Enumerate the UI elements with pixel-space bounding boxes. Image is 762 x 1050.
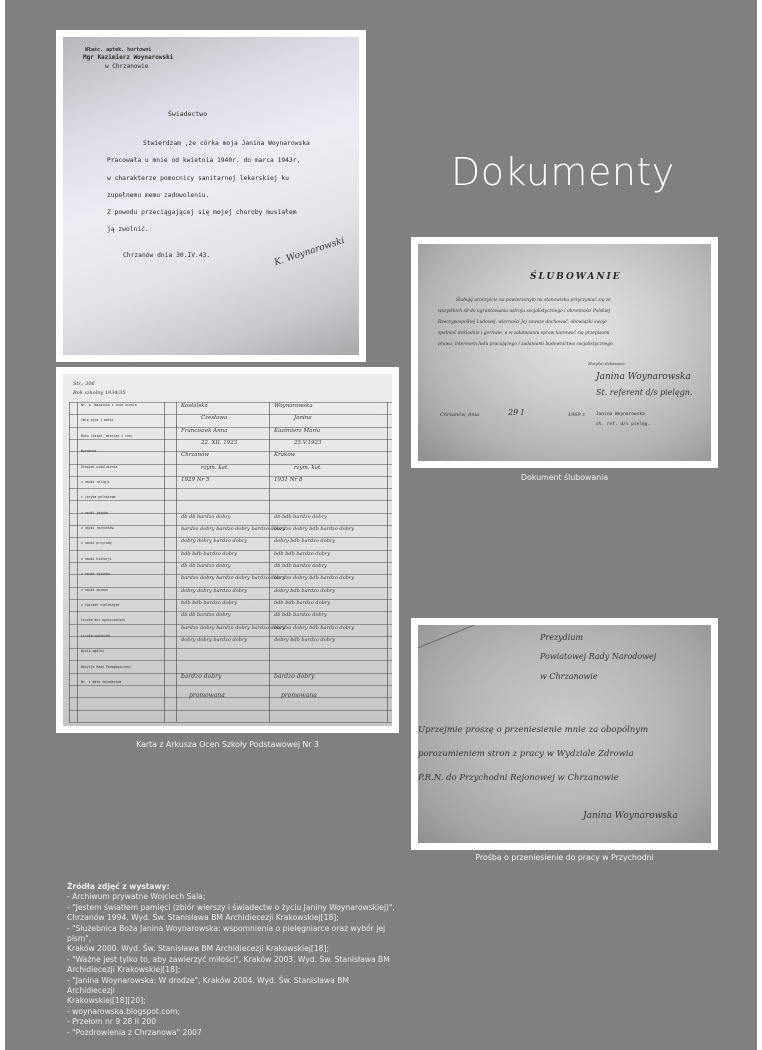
grid-line [69,710,392,711]
row-label: z nauki śpiewu [81,588,108,592]
student-b-entry: 25.V.1923 [294,440,322,446]
karta-photo-frame: Str.: 306 Rok szkolny 1934/35 Nr. p. Naz… [56,367,399,733]
student-b-entry: Kazimierz Maria [274,428,320,434]
student-a-entry: Czesława [201,415,227,421]
grid-line [69,660,392,661]
grade-entry: bardzo dobry bardzo dobry bardzo dobry [181,526,285,532]
grade-entry: bardzo dobry bdb bardzo dobry [274,575,354,581]
prosba-photo-frame: Prezydium Powiatowej Rady Narodowej w Ch… [411,618,718,850]
sources-heading: Źródła zdjęć z wystawy: [67,882,397,892]
row-label: z nauki przyrody [81,541,112,545]
addressee-line: w Chrzanowie [540,672,598,681]
grid-line [387,402,388,722]
stamp-line-1: Właśc. aptek. hurtowni [85,47,151,53]
grade-entry: db db bardzo dobry [181,563,231,569]
typed-role: st. ref. d/s pielęg. [596,422,650,427]
exhibition-panel: Właśc. aptek. hurtowni Mgr Kazimierz Woy… [5,0,757,1050]
row-label: z nauki rysunku [81,572,110,576]
grade-entry: db db bardzo dobry [181,612,231,618]
body-line: porozumieniem stron z pracy w Wydziale Z… [418,749,634,759]
body-line: P.R.N. do Przychodni Rejonowej w Chrzano… [418,773,619,783]
page-number: Str.: 306 [73,381,95,387]
grade-entry: bardzo dobry bdb bardzo dobry [274,625,354,631]
row-label: z nauki religji [81,480,110,484]
doc-line: wszystkich sił do ugruntowania ustroju s… [438,309,610,314]
role-handwritten: St. referent d/s pielęgn. [596,388,693,397]
signature: Janina Woynarowska [596,372,691,382]
doc-heading: Świadectwo [168,110,207,118]
doc-line: zupełnemu memu zadowoleniu. [107,192,209,199]
student-a-entry: rzym. kat. [201,465,229,471]
row-label: Decyzja Rady Pedagogicznej [81,665,131,669]
source-line: - "Jestem światłem pamięci (zbiór wiersz… [67,903,397,913]
student-b-entry: Woynarowska [274,403,313,409]
grid-line [176,402,177,722]
doc-line: prawa, interesem ludu pracującego i zada… [438,342,614,347]
grade-entry: dobry bdb bardzo dobry [274,538,335,544]
grade-entry: db db bardzo dobry [181,514,231,520]
doc-line: Rzeczypospolitej Ludowej, wierności Jej … [438,320,607,325]
signature: Janina Woynarowska [583,811,678,821]
student-a-entry: Franciszek Anna [181,428,228,434]
doc-heading: ŚLUBOWANIE [530,272,622,282]
grade-entry: dobry dobry bardzo dobry [181,538,247,544]
grade-entry: db bdb bardzo dobry [274,563,327,569]
student-a-entry: 22. XII. 1923 [201,440,237,446]
addressee-line: Powiatowej Rady Narodowej [540,652,656,661]
decision-a: promowana [189,692,225,699]
source-line: - "Pozdrowienia z Chrzanowa" 2007 [67,1028,397,1038]
body-line: Uprzejmie proszę o przeniesienie mnie za… [418,725,648,735]
date-handwritten: 29 I [508,408,524,417]
grid-line [69,476,392,477]
row-label: Wynik ogólny [81,649,104,653]
row-label: z języka polskiego [81,495,116,499]
swiadectwo-photo: Właśc. aptek. hurtowni Mgr Kazimierz Woy… [63,37,359,355]
grid-line [69,722,392,723]
row-label: Liczba dni opuszczonych [81,618,125,622]
grid-line [69,685,392,686]
row-label: Imię ojca i matki [81,418,114,422]
source-line: Archidiecezji Krakowskiej[18]; [67,965,397,975]
grid-line [164,402,165,722]
doc-line: spełniać dokładnie i gorliwie, a w załat… [438,331,610,336]
grid-line [69,427,392,428]
source-line: - Przełom nr 9 28 II 200 [67,1017,397,1027]
row-label: Data (dzień, miesiąc i rok) [81,434,133,438]
grade-entry: db bdb bardzo dobry [274,514,327,520]
sources-list: Źródła zdjęć z wystawy: - Archiwum prywa… [67,882,397,1038]
grade-entry: db bdb bardzo dobry [274,612,327,618]
student-a-entry: Kostalska [181,403,208,409]
addressee-line: Prezydium [540,633,583,642]
karta-caption: Karta z Arkusza Ocen Szkoły Podstawowej … [56,740,399,749]
grid-line [69,451,392,452]
source-line: Kraków 2000. Wyd. Św. Stanisława BM Arch… [67,944,397,954]
slubowanie-photo: ŚLUBOWANIE Ślubuję uroczyście na powierz… [418,244,711,461]
student-a-entry: Chrzanów [181,452,209,458]
signature: K. Woynarowski [273,236,346,268]
grade-entry: bardzo dobry bardzo dobry bardzo dobry [181,575,285,581]
grid-line [69,697,392,698]
source-line: - "Janina Woynarowska: W drodze", Kraków… [67,976,397,997]
school-year: Rok szkolny 1934/35 [73,390,126,396]
grid-line [269,402,270,722]
grid-line [69,414,392,415]
prosba-caption: Prośba o przeniesienie do pracy w Przych… [411,853,718,862]
grade-entry: bdb bdb bardzo dobry [274,600,330,606]
grid-line [69,488,392,489]
prosba-photo: Prezydium Powiatowej Rady Narodowej w Ch… [418,625,711,843]
doc-line: w charakterze pomocnicy sanitarnej lekar… [107,175,289,182]
grades-table: Nr. p. Nazwisko i imię uczniaImię ojca i… [69,402,392,722]
row-label: Wyznanie [81,449,96,453]
row-label: Nr. p. Nazwisko i imię ucznia [81,403,137,407]
doc-line: ją zwolnić. [107,226,149,233]
source-line: Chrzanów 1994. Wyd. Św. Stanisława BM Ar… [67,913,397,923]
student-b-entry: Janina [294,415,312,421]
row-label: Stopień uzdolnienia [81,465,117,469]
grid-line [69,673,392,674]
year: 1969 r. [568,412,586,418]
decision-b: promowana [281,692,317,699]
row-label: z ćwiczeń cielesnych [81,603,119,607]
grade-entry: bardzo dobry bdb bardzo dobry [274,526,354,532]
student-b-entry: Kraków [274,452,295,458]
row-label: z nauki historji [81,557,112,561]
student-a-entry: 1929 Nr 5 [181,477,209,483]
student-b-entry: rzym. kat. [294,465,322,471]
source-line: - "Ważne jest tylko to, aby zawierzyć mi… [67,955,397,965]
row-label: Nr. i data świadectwa [81,680,121,684]
grid-line [69,402,70,722]
student-b-entry: 1931 Nr 8 [274,477,302,483]
grid-line [69,648,392,649]
doc-footer: Chrzanów dnia 30.IV.43. [123,252,210,259]
result-b: bardzo dobry [274,673,314,680]
swiadectwo-photo-frame: Właśc. aptek. hurtowni Mgr Kazimierz Woy… [56,30,366,362]
grid-line [77,402,78,722]
source-line: - Archiwum prywatne Wojciech Sala; [67,892,397,902]
result-a: bardzo dobry [181,673,221,680]
doc-line: Stwierdzam ,że córka moja Janina Woynaro… [143,140,310,147]
grade-entry: bdb bdb bardzo dobry [181,551,237,557]
source-line: Krakowskiej[18][20]; [67,996,397,1006]
grade-entry: dobry bdb bardzo dobry [274,588,335,594]
stamp-line-2: Mgr Kazimierz Woynarowski [83,54,173,61]
grade-entry: dobry bdb bardzo dobry [274,637,335,643]
row-label: z nauki języka [81,511,108,515]
doc-line: Pracowała u mnie od kwietnia 1940r. do m… [107,157,300,164]
doc-line: Z powodu przeciągającej się mojej chorob… [107,209,297,216]
karta-photo: Str.: 306 Rok szkolny 1934/35 Nr. p. Naz… [63,374,392,726]
doc-line: Ślubuję uroczyście na powierzonym mi sta… [456,298,611,303]
grade-entry: dobry dobry bardzo dobry [181,637,247,643]
grid-line [69,500,392,501]
signed-label: Złożył(a) ślubowanie: [588,362,626,366]
page-title: Dokumenty [451,150,675,194]
place-date-label: Chrzanów, dnia [440,412,479,418]
source-line: - woynarowska.blogspot.com; [67,1007,397,1017]
grade-entry: bardzo dobry bardzo dobry bardzo dobry [181,625,285,631]
slubowanie-caption: Dokument ślubowania [411,473,718,482]
row-label: Liczba spóźnień [81,634,110,638]
source-line: - "Służebnica Boża Janina Woynarowska: w… [67,924,397,945]
typed-name: Janina Woynarowska [596,412,645,417]
grade-entry: bdb bdb bardzo dobry [274,551,330,557]
row-label: z nauki rachunków [81,526,114,530]
grade-entry: bdb bdb bardzo dobry [181,600,237,606]
stamp-line-3: w Chrzanowie [105,63,148,70]
grade-entry: dobry dobry bardzo dobry [181,588,247,594]
slubowanie-photo-frame: ŚLUBOWANIE Ślubuję uroczyście na powierz… [411,237,718,468]
stamp-mark [418,625,518,695]
